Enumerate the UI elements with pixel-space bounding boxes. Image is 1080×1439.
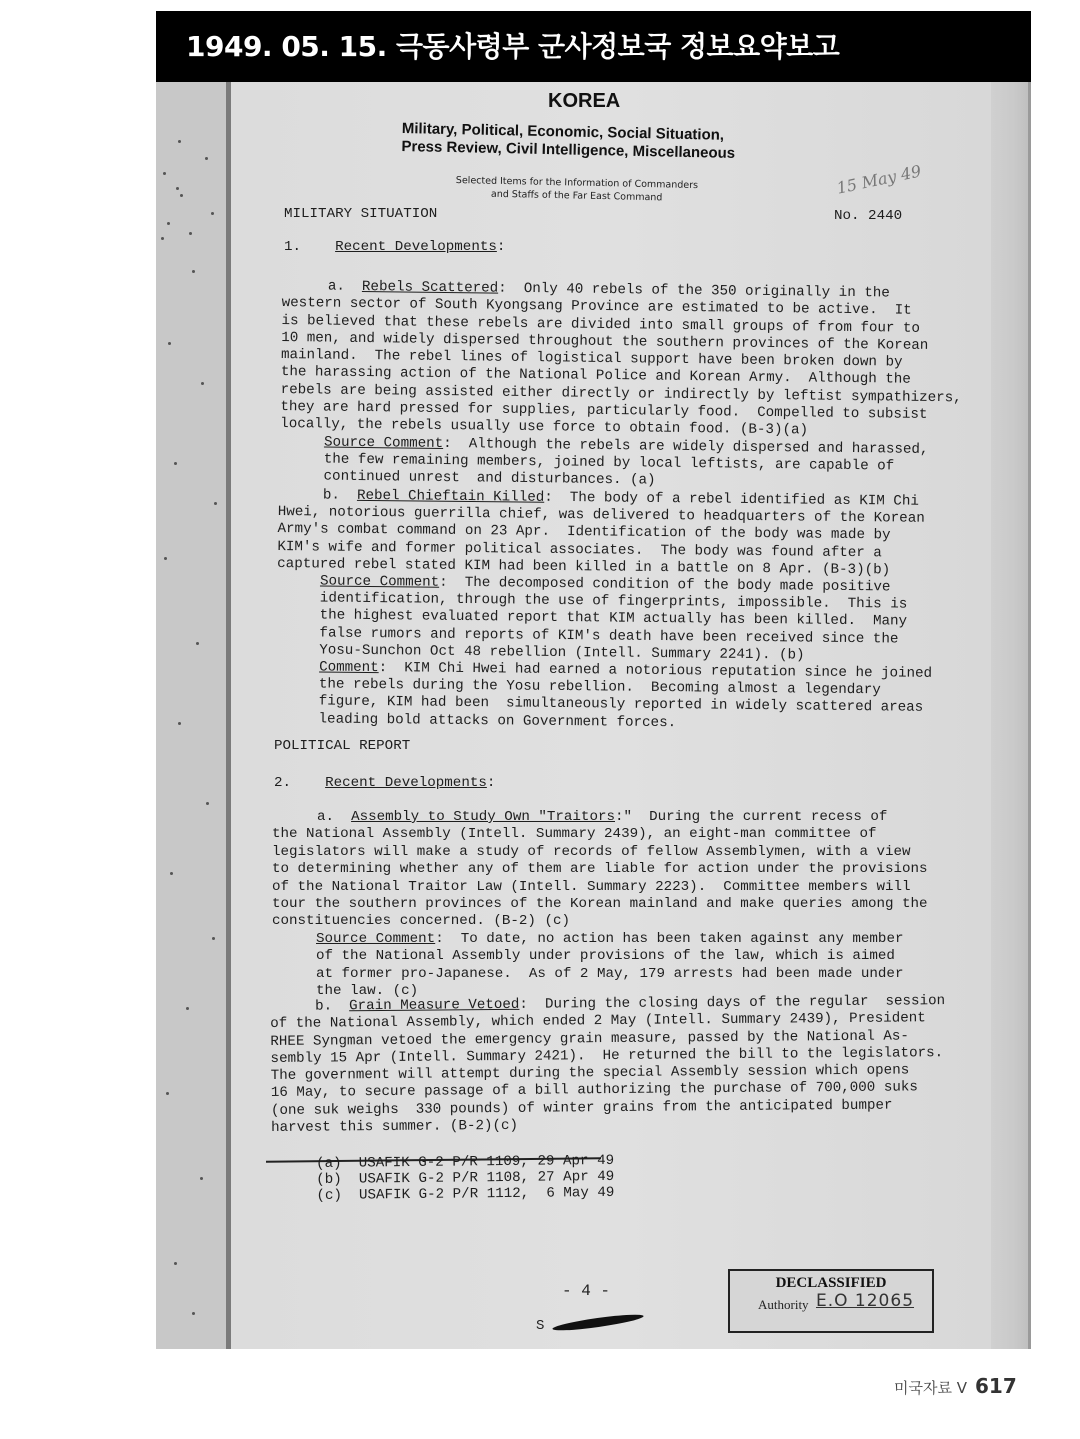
authority-value: E.O 12065 [816, 1291, 914, 1311]
distribution-note: Selected Items for the Information of Co… [455, 174, 698, 205]
declassified-title: DECLASSIFIED [730, 1275, 932, 1292]
title-bar: 1949. 05. 15. 극동사령부 군사정보국 정보요약보고 [156, 11, 1031, 82]
item-2b: b. Grain Measure Vetoed: During the clos… [270, 993, 944, 1137]
declassified-stamp: DECLASSIFIED Authority E.O 12065 [728, 1269, 934, 1333]
item-1b: b. Rebel Chieftain Killed: The body of a… [275, 487, 925, 735]
page-number: - 4 - [562, 1282, 610, 1300]
section-1-heading: 1. Recent Developments: [284, 239, 505, 255]
page-title: 1949. 05. 15. 극동사령부 군사정보국 정보요약보고 [186, 25, 839, 65]
authority-label: Authority [758, 1297, 809, 1313]
section-political-title: POLITICAL REPORT [274, 738, 410, 754]
text-line: of the National Assembly under provision… [316, 948, 972, 965]
scanned-document: KOREA Military, Political, Economic, Soc… [156, 82, 1031, 1349]
footnotes: (a) USAFIK G-2 P/R 1109, 29 Apr 49 (b) U… [316, 1153, 614, 1204]
source-comment-2a: Source Comment: To date, no action has b… [316, 931, 972, 948]
page-footer: 미국자료 V617 [894, 1374, 1017, 1398]
text-line: legislators will make a study of records… [272, 844, 928, 861]
document-subtitle: Military, Political, Economic, Social Si… [401, 120, 735, 163]
footer-section: 미국자료 V [894, 1379, 967, 1397]
scan-right-edge [991, 82, 1031, 1349]
footer-page-number: 617 [975, 1374, 1017, 1398]
document-title: KOREA [548, 90, 620, 113]
document-number: No. 2440 [834, 208, 902, 224]
classification-marking: S [536, 1318, 544, 1334]
text-line: constituencies concerned. (B-2) (c) [272, 913, 928, 930]
section-2-heading: 2. Recent Developments: [274, 775, 495, 791]
footnote-c: (c) USAFIK G-2 P/R 1112, 6 May 49 [316, 1185, 614, 1204]
item-1a: a. Rebels Scattered: Only 40 rebels of t… [279, 278, 963, 494]
item-2a-first-line: a. Assembly to Study Own "Traitors:" Dur… [317, 809, 973, 826]
text-line: tour the southern provinces of the Korea… [272, 896, 928, 913]
text-line: at former pro-Japanese. As of 2 May, 179… [316, 966, 972, 983]
text-line: the National Assembly (Intell. Summary 2… [272, 826, 928, 843]
text-line: to determining whether any of them are l… [272, 861, 928, 878]
section-military-title: MILITARY SITUATION [284, 206, 437, 222]
scan-left-margin [156, 82, 226, 1349]
item-2a: a. Assembly to Study Own "Traitors:" Dur… [272, 809, 928, 1000]
text-line: of the National Traitor Law (Intell. Sum… [272, 879, 928, 896]
